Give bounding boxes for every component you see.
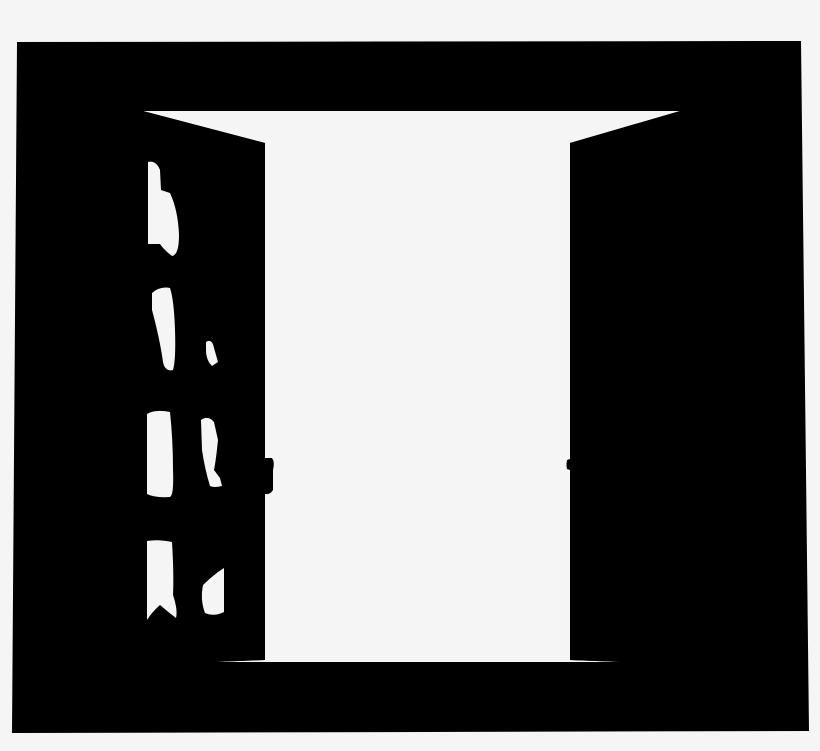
panel-opening-3 bbox=[147, 411, 173, 497]
right-shutter bbox=[570, 111, 710, 662]
left-shutter bbox=[110, 111, 265, 662]
right-shutter-handle-icon bbox=[567, 459, 571, 470]
window-illustration bbox=[0, 0, 820, 751]
window-silhouette bbox=[0, 0, 820, 751]
left-shutter-handle-icon bbox=[265, 458, 274, 494]
